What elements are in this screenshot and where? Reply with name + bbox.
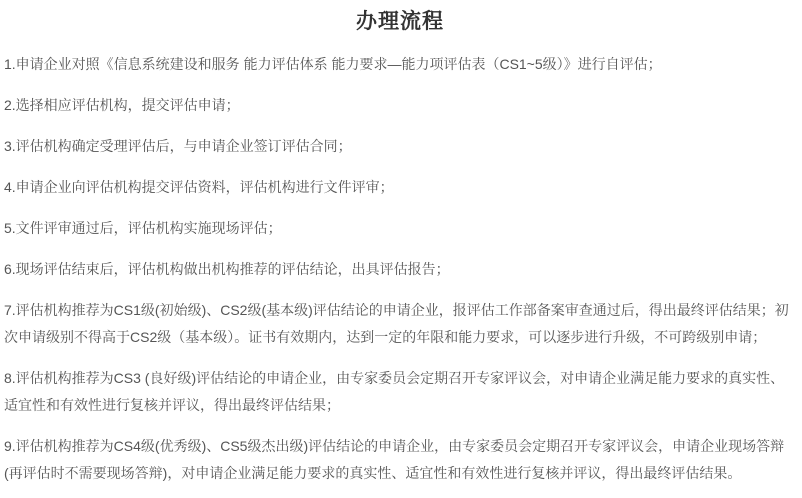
process-step-8: 8.评估机构推荐为CS3 (良好级)评估结论的申请企业，由专家委员会定期召开专家… [4, 365, 796, 419]
process-step-2: 2.选择相应评估机构，提交评估申请； [4, 92, 796, 119]
process-step-3: 3.评估机构确定受理评估后，与申请企业签订评估合同； [4, 133, 796, 160]
process-step-1: 1.申请企业对照《信息系统建设和服务 能力评估体系 能力要求—能力项评估表（CS… [4, 51, 796, 78]
process-step-5: 5.文件评审通过后，评估机构实施现场评估； [4, 215, 796, 242]
page-title: 办理流程 [4, 10, 796, 34]
process-flow-page: 办理流程 1.申请企业对照《信息系统建设和服务 能力评估体系 能力要求—能力项评… [0, 0, 802, 498]
process-step-4: 4.申请企业向评估机构提交评估资料，评估机构进行文件评审； [4, 174, 796, 201]
process-step-6: 6.现场评估结束后，评估机构做出机构推荐的评估结论，出具评估报告； [4, 256, 796, 283]
process-step-7: 7.评估机构推荐为CS1级(初始级)、CS2级(基本级)评估结论的申请企业，报评… [4, 297, 796, 351]
process-step-9: 9.评估机构推荐为CS4级(优秀级)、CS5级杰出级)评估结论的申请企业，由专家… [4, 433, 796, 487]
